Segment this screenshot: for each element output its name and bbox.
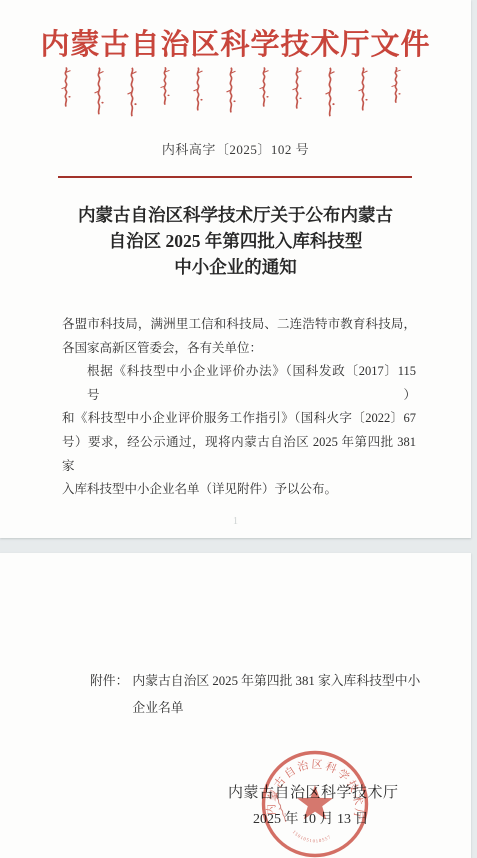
attachment-note: 附件： 内蒙古自治区 2025 年第四批 381 家入库科技型中小企业名单 <box>90 668 430 722</box>
mongolian-script-icon <box>357 66 369 112</box>
seal-star-icon <box>297 785 333 819</box>
body-line: 各国家高新区管委会，各有关单位： <box>62 337 416 361</box>
document-body: 各盟市科技局，满洲里工信和科技局、二连浩特市教育科技局， 各国家高新区管委会，各… <box>62 313 416 502</box>
mongolian-script-icon <box>291 66 303 110</box>
mongolian-script-icon <box>93 66 105 116</box>
red-header-banner: 内蒙古自治区科学技术厅文件 <box>0 22 471 63</box>
document-page-1: 内蒙古自治区科学技术厅文件 内科高字〔2025〕102 号 内蒙古自治区科学技术… <box>0 0 471 538</box>
title-line-1: 内蒙古自治区科学技术厅关于公布内蒙古 <box>35 202 436 228</box>
mongolian-script-icon <box>159 66 171 106</box>
body-line: 各盟市科技局，满洲里工信和科技局、二连浩特市教育科技局， <box>62 313 416 337</box>
attachment-text: 内蒙古自治区 2025 年第四批 381 家入库科技型中小企业名单 <box>128 668 430 722</box>
body-line: 号）要求，经公示通过，现将内蒙古自治区 2025 年第四批 381 家 <box>62 431 416 478</box>
mongolian-script-icon <box>126 66 138 118</box>
document-number: 内科高字〔2025〕102 号 <box>0 139 471 158</box>
mongolian-script-icon <box>60 66 72 108</box>
mongolian-script-icon <box>192 66 204 112</box>
document-title: 内蒙古自治区科学技术厅关于公布内蒙古 自治区 2025 年第四批入库科技型 中小… <box>35 202 436 280</box>
svg-text:1501051010557: 1501051010557 <box>292 829 332 843</box>
attachment-label: 附件： <box>90 668 128 722</box>
document-page-2: 附件： 内蒙古自治区 2025 年第四批 381 家入库科技型中小企业名单 内蒙… <box>0 553 471 858</box>
scanned-official-document: { "colors": { "header_red": "#c8453b", "… <box>0 0 477 858</box>
red-separator-line <box>58 176 412 178</box>
title-line-2: 自治区 2025 年第四批入库科技型 <box>35 228 436 254</box>
body-line: 和《科技型中小企业评价服务工作指引》（国科火字〔2022〕67 <box>62 407 416 431</box>
official-seal-icon: 内蒙古自治区科学技术厅 1501051010557 <box>250 741 380 858</box>
page-number: 1 <box>0 516 471 527</box>
body-line: 入库科技型中小企业名单（详见附件）予以公布。 <box>62 478 416 502</box>
body-line: 根据《科技型中小企业评价办法》（国科发政〔2017〕115 号） <box>62 360 416 407</box>
seal-code-text: 1501051010557 <box>292 829 332 843</box>
mongolian-script-icon <box>225 66 237 114</box>
mongolian-script-icon <box>324 66 336 118</box>
mongolian-script-row <box>60 66 402 124</box>
mongolian-script-icon <box>258 66 270 108</box>
mongolian-script-icon <box>390 66 402 104</box>
title-line-3: 中小企业的通知 <box>35 254 436 280</box>
